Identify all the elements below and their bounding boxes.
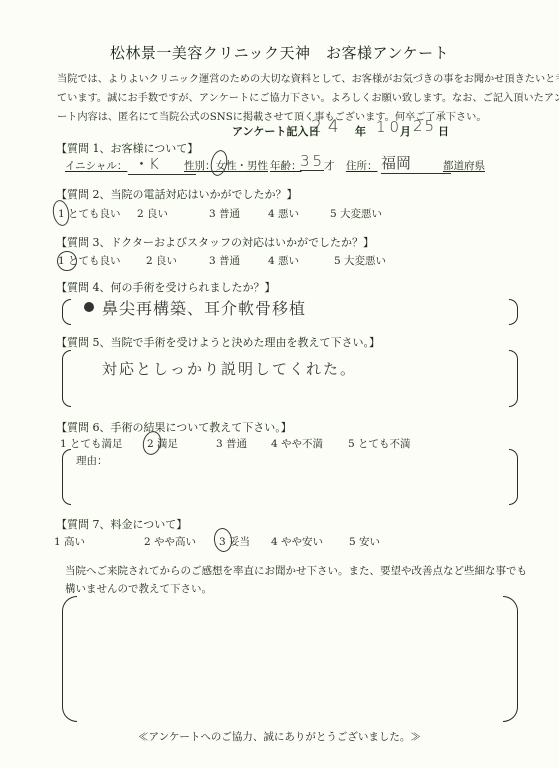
gender-separator: ・	[237, 160, 248, 172]
q7-selected-circle	[212, 527, 233, 553]
q7-heading: 【質問 7、料金について】	[56, 516, 187, 532]
q6-heading: 【質問 6、手術の結果について教えて下さい。】	[56, 419, 292, 435]
address-field[interactable]: 福岡	[381, 152, 451, 174]
q2-option-4[interactable]: 4 悪い	[268, 206, 299, 221]
q6-reason-field[interactable]	[112, 452, 502, 500]
thanks-footer: ≪アンケートへのご協力、誠にありがとうございました。≫	[0, 729, 559, 744]
q3-option-2[interactable]: 2 良い	[146, 253, 177, 268]
comments-bracket-left	[62, 596, 77, 722]
age-label: 年齢：	[270, 158, 302, 173]
q4-bracket-left	[62, 299, 71, 325]
gender-option-male[interactable]: 男性	[247, 160, 268, 172]
q2-option-5[interactable]: 5 大変悪い	[330, 206, 382, 221]
q5-heading: 【質問 5、当院で手術を受けようと決めた理由を教えて下さい。】	[56, 334, 380, 350]
year-label: 年	[355, 123, 366, 139]
q3-option-5[interactable]: 5 大変悪い	[334, 253, 386, 268]
age-field[interactable]: 35	[300, 152, 324, 171]
address-unit: 都道府県	[443, 158, 485, 173]
gender-selected-circle	[208, 149, 229, 178]
q7-option-1[interactable]: 1 高い	[54, 534, 85, 549]
q2-heading: 【質問 2、当院の電話対応はいかがでしたか？】	[56, 186, 298, 202]
comments-prompt-line-2: 構いませんので教えて下さい。	[65, 581, 212, 596]
q3-option-3[interactable]: 3 普通	[209, 253, 240, 268]
date-year-field[interactable]: 24	[311, 117, 345, 137]
q2-selected-circle	[51, 199, 71, 227]
comments-bracket-right	[503, 596, 518, 722]
q6-option-5[interactable]: 5 とても不満	[348, 436, 411, 451]
q7-option-2[interactable]: 2 やや高い	[144, 534, 196, 549]
comments-prompt-line-1: 当院へご来院されてからのご感想を率直にお聞かせ下さい。また、要望や改善点など些細…	[65, 563, 527, 578]
q2-option-2[interactable]: 2 良い	[137, 206, 168, 221]
q6-bracket-left	[62, 449, 71, 505]
day-label: 日	[438, 123, 449, 139]
date-day-field[interactable]: 25	[413, 117, 436, 135]
date-label: アンケート記入日	[232, 123, 319, 139]
q7-option-5[interactable]: 5 安い	[349, 534, 380, 549]
q6-reason-label: 理由：	[76, 453, 108, 468]
q5-answer-field[interactable]: 対応としっかり説明してくれた。	[102, 358, 357, 379]
comments-field[interactable]	[80, 600, 500, 716]
q3-selected-circle	[57, 251, 77, 271]
q6-option-3[interactable]: 3 普通	[216, 436, 247, 451]
q3-heading: 【質問 3、ドクターおよびスタッフの対応はいかがでしたか？】	[56, 234, 374, 250]
q6-option-4[interactable]: 4 やや不満	[271, 436, 323, 451]
q6-bracket-right	[509, 449, 518, 505]
q4-bracket-right	[509, 299, 518, 325]
initial-label: イニシャル：	[65, 158, 129, 173]
age-unit: 才	[324, 158, 335, 173]
intro-line-1: 当院では、よりよいクリニック運営のための大切な資料として、お客様がお気づきの事を…	[57, 70, 559, 85]
q7-option-4[interactable]: 4 やや安い	[271, 534, 323, 549]
month-label: 月	[400, 123, 411, 139]
q4-heading: 【質問 4、何の手術を受けられましたか？】	[56, 279, 276, 295]
q4-answer-field[interactable]: 鼻尖再構築、耳介軟骨移植	[102, 296, 306, 319]
form-title: 松林景一美容クリニック天神 お客様アンケート	[0, 42, 559, 63]
q5-bracket-left	[62, 350, 71, 407]
q2-option-3[interactable]: 3 普通	[209, 206, 240, 221]
q3-option-4[interactable]: 4 悪い	[268, 253, 299, 268]
q5-bracket-right	[509, 350, 518, 407]
address-label: 住所：	[346, 158, 378, 173]
intro-line-2: ています。誠にお手数ですが、アンケートにご協力下さい。よろしくお願い致します。な…	[57, 89, 559, 104]
q4-bullet-mark	[84, 302, 94, 312]
